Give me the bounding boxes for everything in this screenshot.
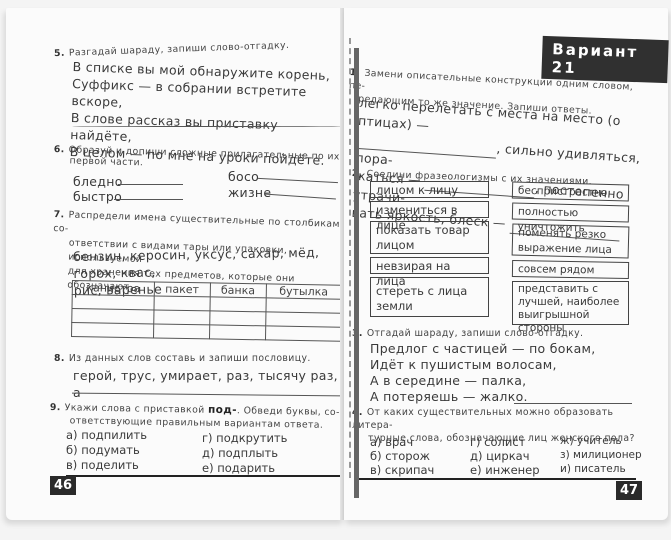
column-header: банка [210,283,266,298]
prefix-highlight: под- [208,404,237,417]
page-edge-bar [354,48,359,498]
option-a[interactable]: а) подпилить [66,428,147,442]
page-number: 46 [50,476,76,495]
task5-number: 5. [54,48,65,59]
table-cell[interactable] [72,295,154,310]
column-header: бутылка [266,284,342,299]
task3-riddle: Предлог с частицей — по бокам, Идёт к пу… [370,341,596,405]
table-cell[interactable] [154,310,210,325]
meaning-box[interactable]: поменять резко выражение лица [512,223,630,258]
task7-number: 7. [54,209,65,220]
idiom-box[interactable]: стереть с лица земли [370,277,489,317]
task5-instruction: Разгадай шараду, запиши слово-отгадку. [69,40,290,59]
option-e[interactable]: е) подарить [202,461,275,475]
task7-instruction: Распредели имена существительные по стол… [53,210,349,235]
table-cell[interactable] [209,325,265,340]
idiom-box[interactable]: лицом к лицу [370,181,489,198]
table-cell[interactable] [209,311,265,326]
task8-instruction: Из данных слов составь и запиши пословиц… [69,353,311,364]
right-page: Вариант 21 1.Замени описательные констру… [344,8,668,520]
word-stem: быстро [73,188,122,205]
option-e[interactable]: е) инженер [470,463,540,477]
task8-number: 8. [54,353,65,364]
bottom-rule [66,475,341,477]
answer-line[interactable] [514,403,632,404]
table-cell[interactable] [265,312,341,327]
table-cell[interactable] [265,326,341,341]
option-g[interactable]: г) солист [470,435,525,449]
task9-instruction-end: . Обведи буквы, со- [237,405,340,418]
task4-instruction: От каких существительных можно образоват… [352,407,613,431]
column-header: канистра [72,281,154,296]
option-z[interactable]: з) милиционер [560,449,642,461]
option-a[interactable]: а) врач [370,435,413,449]
task3-header: 3.Отгадай шараду, запиши слово-отгадку. [352,328,583,339]
left-page: 5.Разгадай шараду, запиши слово-отгадку.… [6,8,344,520]
meaning-box[interactable]: полностью уничтожить [512,202,629,222]
task5-header: 5.Разгадай шараду, запиши слово-отгадку. [54,40,290,59]
word-stem: жизне [228,184,271,201]
table-cell[interactable] [266,298,342,313]
bottom-rule [358,478,636,480]
page-number: 47 [616,481,642,500]
table-cell[interactable] [72,323,154,338]
sort-table: канистра пакет банка бутылка [71,280,342,342]
option-d[interactable]: д) подплыть [202,446,278,460]
open-workbook: 5.Разгадай шараду, запиши слово-отгадку.… [6,8,668,528]
table-cell[interactable] [154,296,210,311]
option-zh[interactable]: ж) учитель [560,435,622,447]
page-edge-dashes [349,38,353,478]
meaning-box[interactable]: совсем рядом [512,260,629,279]
option-d[interactable]: д) циркач [470,449,529,463]
option-v[interactable]: в) скрипач [370,463,434,477]
answer-line[interactable] [114,199,183,200]
idiom-box[interactable]: измениться в лице [370,201,489,218]
option-b[interactable]: б) подумать [66,443,140,457]
idiom-box[interactable]: невзирая на лица [370,257,489,274]
riddle-line: Идёт к пушистым волосам, [370,357,596,373]
answer-line[interactable] [258,178,338,183]
option-g[interactable]: г) подкрутить [202,431,287,445]
table-cell[interactable] [72,309,154,324]
task9-number: 9. [50,402,61,413]
riddle-line: А в середине — палка, [370,373,596,389]
table-cell[interactable] [153,324,209,339]
answer-line[interactable] [118,184,183,185]
word-stem: босо [228,168,259,185]
task8-header: 8.Из данных слов составь и запиши послов… [54,353,311,364]
words-line: бензин, керосин, уксус, сахар, мёд, горо… [73,243,345,282]
option-v[interactable]: в) поделить [66,458,139,472]
task6-number: 6. [54,144,65,155]
option-b[interactable]: б) сторож [370,449,430,463]
table-cell[interactable] [210,297,266,312]
riddle-line: Предлог с частицей — по бокам, [370,341,596,357]
idiom-box[interactable]: показать товар лицом [370,221,489,254]
answer-line[interactable] [72,126,342,127]
meaning-box[interactable]: представить с лучшей, наиболее выигрышно… [512,281,629,325]
meaning-box[interactable]: беспристрастно [512,181,629,201]
column-header: пакет [154,282,210,297]
option-i[interactable]: и) писатель [560,463,626,475]
answer-line[interactable] [264,193,336,199]
task3-instruction: Отгадай шараду, запиши слово-отгадку. [367,328,584,339]
